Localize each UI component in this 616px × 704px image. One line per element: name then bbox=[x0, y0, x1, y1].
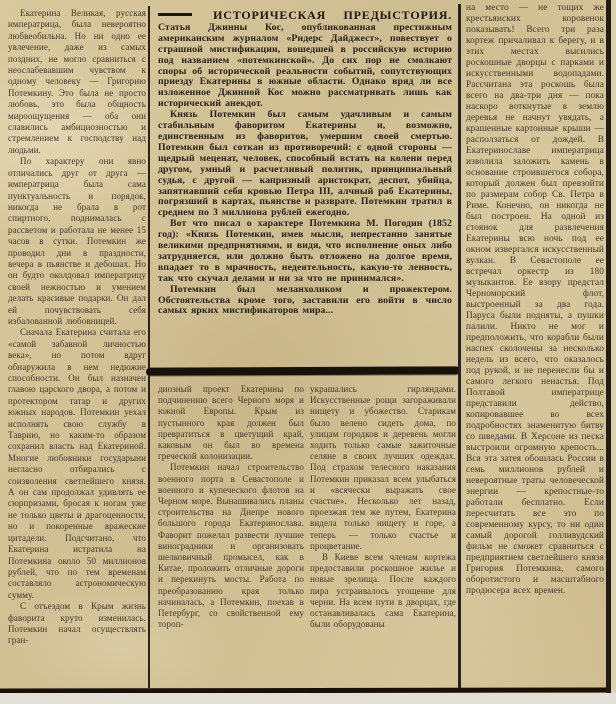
paragraph: на место — не тощих же крестьянских коро… bbox=[466, 3, 604, 597]
boxed-lead-section: ИСТОРИЧЕСКАЯ ПРЕДЫСТОРИЯ. Статья Джинны … bbox=[153, 6, 456, 366]
paragraph: По характеру они явно отличались друг от… bbox=[8, 156, 146, 327]
column-divider-left bbox=[148, 6, 150, 688]
paragraph: Сначала Екатерина считала его «самой заб… bbox=[8, 327, 146, 601]
paragraph: Потемкин начал строительство военного по… bbox=[158, 462, 304, 630]
paragraph: диозный проект Екатерины по подчинению в… bbox=[158, 384, 304, 462]
newspaper-clipping: Екатерина Великая, русская императрица, … bbox=[0, 0, 616, 704]
paragraph: Екатерина Великая, русская императрица, … bbox=[8, 8, 146, 156]
lead-text: Статья Джинны Кос, опубликованная прести… bbox=[158, 22, 452, 109]
paragraph: украшались гирляндами. Искусственные рощ… bbox=[310, 384, 456, 552]
article-headline: ИСТОРИЧЕСКАЯ ПРЕДЫСТОРИЯ. bbox=[213, 8, 452, 22]
clipping-right-margin bbox=[611, 0, 616, 693]
section-end-rule bbox=[146, 366, 460, 375]
article-column-middle-right: украшались гирляндами. Искусственные рощ… bbox=[310, 384, 456, 692]
paragraph: Потемкин был меланхоликом и прожектером.… bbox=[158, 285, 452, 318]
headline-rule bbox=[158, 13, 192, 17]
paragraph: С отъездом в Крым жизнь фаворита круто и… bbox=[8, 601, 146, 647]
column-divider-right bbox=[458, 4, 461, 692]
scan-backdrop bbox=[0, 693, 616, 704]
article-column-left: Екатерина Великая, русская императрица, … bbox=[8, 8, 146, 666]
lead-paragraph: ИСТОРИЧЕСКАЯ ПРЕДЫСТОРИЯ. Статья Джинны … bbox=[158, 10, 452, 110]
paragraph: В Киеве всем членам кортежа предоставили… bbox=[310, 552, 456, 630]
paragraph: Князь Потемкин был самым удачливым и сам… bbox=[158, 110, 452, 219]
article-column-right: на место — не тощих же крестьянских коро… bbox=[466, 3, 604, 685]
article-column-middle-left: диозный проект Екатерины по подчинению в… bbox=[158, 384, 304, 692]
paragraph: Вот что писал о характере Потемкина М. П… bbox=[158, 219, 452, 284]
